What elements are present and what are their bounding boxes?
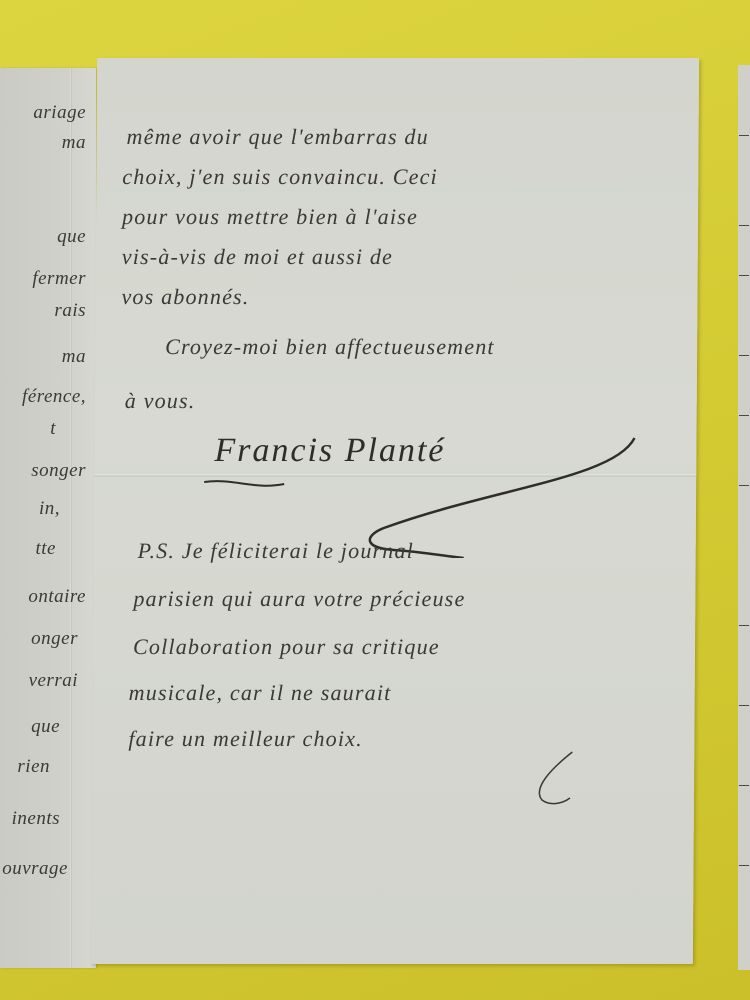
closing-line: Croyez-moi bien affectueusement bbox=[165, 334, 495, 360]
left-page-line: inents bbox=[12, 808, 60, 830]
postscript-line: Collaboration pour sa critique bbox=[133, 634, 440, 660]
left-page-line: in, bbox=[39, 498, 60, 520]
left-page-line: ma bbox=[62, 346, 86, 368]
left-page-line: que bbox=[31, 716, 60, 738]
postscript-flourish-icon bbox=[512, 748, 592, 808]
left-page-line: verrai bbox=[29, 670, 78, 692]
body-line: vos abonnés. bbox=[121, 284, 249, 310]
right-page-fragment bbox=[738, 65, 750, 970]
left-page-line: ouvrage bbox=[2, 858, 68, 880]
left-page-line: férence, bbox=[22, 386, 86, 408]
postscript-line: faire un meilleur choix. bbox=[128, 726, 363, 752]
body-line: pour vous mettre bien à l'aise bbox=[122, 204, 418, 230]
left-page-fragment: ariage ma que fermer rais ma férence, t … bbox=[0, 68, 96, 968]
left-page-line: songer bbox=[31, 460, 86, 482]
left-page-line: que bbox=[57, 226, 86, 248]
left-page-line: ma bbox=[62, 132, 86, 154]
vertical-fold bbox=[70, 68, 72, 968]
postscript-line: parisien qui aura votre précieuse bbox=[133, 586, 465, 612]
left-page-line: ontaire bbox=[28, 586, 86, 608]
left-page-line: rais bbox=[54, 300, 86, 322]
closing-line: à vous. bbox=[125, 388, 196, 414]
postscript-line: P.S. Je féliciterai le journal bbox=[138, 538, 415, 564]
letter-page: même avoir que l'embarras du choix, j'en… bbox=[91, 58, 699, 964]
body-line: même avoir que l'embarras du bbox=[127, 124, 429, 150]
left-page-line: fermer bbox=[32, 268, 86, 290]
left-page-line: ariage bbox=[33, 102, 86, 124]
left-page-line: rien bbox=[17, 756, 50, 778]
signature-flourish-icon bbox=[194, 418, 675, 558]
left-page-line: onger bbox=[31, 628, 78, 650]
left-page-line: t bbox=[50, 418, 56, 440]
body-line: vis-à-vis de moi et aussi de bbox=[122, 244, 393, 270]
postscript-line: musicale, car il ne saurait bbox=[129, 680, 392, 706]
body-line: choix, j'en suis convaincu. Ceci bbox=[122, 164, 438, 190]
left-page-line: tte bbox=[36, 538, 57, 560]
